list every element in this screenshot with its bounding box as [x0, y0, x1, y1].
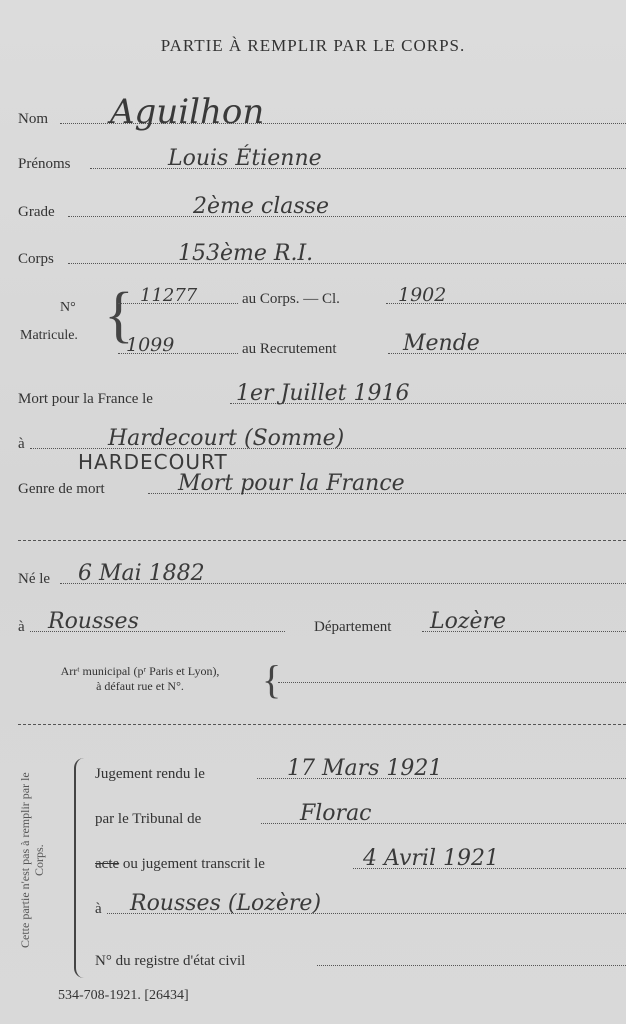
- arrondissement-label: Arrᵗ municipal (pʳ Paris et Lyon), à déf…: [20, 664, 260, 694]
- transcrit-label-struck: acte: [95, 856, 119, 872]
- separator-line-2: [18, 724, 626, 725]
- naissance-row: Né le 6 Mai 1882: [18, 560, 626, 590]
- corps-row: Corps 153ème R.I.: [18, 240, 626, 270]
- genre-mort-value: Mort pour la France: [178, 471, 405, 496]
- lieu-mort-value: Hardecourt (Somme): [108, 426, 344, 451]
- arrondissement-brace: {: [262, 660, 281, 700]
- lieu-transcription-row: à Rousses (Lozère): [95, 890, 626, 920]
- arrondissement-label-line1: Arrᵗ municipal (pʳ Paris et Lyon),: [20, 664, 260, 679]
- corps-value: 153ème R.I.: [178, 241, 313, 266]
- nom-value: Aguilhon: [110, 92, 264, 132]
- arrondissement-label-line2: à défaut rue et N°.: [20, 679, 260, 694]
- death-record-card: PARTIE À REMPLIR PAR LE CORPS. Nom Aguil…: [0, 0, 626, 1024]
- lieu-transcription-value: Rousses (Lozère): [130, 891, 321, 916]
- transcrit-value: 4 Avril 1921: [363, 846, 499, 871]
- grade-value: 2ème classe: [193, 194, 329, 219]
- registre-line: [317, 965, 626, 966]
- corps-label: Corps: [18, 251, 54, 268]
- tribunal-row: par le Tribunal de Florac: [95, 800, 626, 830]
- matricule-label: Matricule.: [20, 328, 78, 344]
- matricule-recrutement-row: 1099 au Recrutement Mende: [118, 330, 626, 360]
- matricule-recrutement-label: au Recrutement: [242, 341, 337, 358]
- lieu-mort-label: à: [18, 436, 25, 453]
- corps-line: [68, 263, 626, 264]
- jugement-value: 17 Mars 1921: [287, 756, 442, 781]
- nom-row: Nom Aguilhon: [18, 100, 626, 130]
- separator-line-1: [18, 540, 626, 541]
- classe-value: 1902: [398, 284, 446, 306]
- recrutement-value: Mende: [403, 331, 480, 356]
- mort-row: Mort pour la France le 1er Juillet 1916: [18, 380, 626, 410]
- registre-label: N° du registre d'état civil: [95, 953, 245, 970]
- lieu-naissance-label: à: [18, 619, 25, 636]
- naissance-value: 6 Mai 1882: [78, 561, 205, 586]
- registre-row: N° du registre d'état civil: [95, 942, 626, 972]
- grade-row: Grade 2ème classe: [18, 193, 626, 223]
- tribunal-label: par le Tribunal de: [95, 811, 201, 828]
- matricule-recrutement-number: 1099: [126, 334, 174, 356]
- grade-label: Grade: [18, 204, 55, 221]
- matricule-corps-number: 11277: [140, 285, 197, 306]
- genre-mort-row: Genre de mort Mort pour la France: [18, 470, 626, 500]
- prenoms-label: Prénoms: [18, 156, 71, 173]
- departement-label: Département: [314, 619, 391, 636]
- mort-value: 1er Juillet 1916: [236, 381, 409, 406]
- transcrit-label: ou jugement transcrit le: [123, 856, 265, 872]
- civil-brace: [74, 758, 84, 978]
- matricule-corps-label: au Corps. — Cl.: [242, 291, 340, 308]
- departement-value: Lozère: [430, 609, 506, 634]
- jugement-row: Jugement rendu le 17 Mars 1921: [95, 755, 626, 785]
- transcrit-label-wrap: acte ou jugement transcrit le: [95, 856, 265, 873]
- mort-label: Mort pour la France le: [18, 391, 153, 408]
- prenoms-value: Louis Étienne: [168, 146, 322, 171]
- naissance-label: Né le: [18, 571, 50, 588]
- grade-line: [68, 216, 626, 217]
- tribunal-value: Florac: [300, 801, 372, 826]
- prenoms-row: Prénoms Louis Étienne: [18, 145, 626, 175]
- arrondissement-line: [278, 682, 626, 683]
- lieu-naissance-row: à Rousses Département Lozère: [18, 608, 626, 638]
- form-title: PARTIE À REMPLIR PAR LE CORPS.: [0, 36, 626, 56]
- matricule-no-label: N°: [60, 300, 76, 316]
- matricule-corps-row: 11277 au Corps. — Cl. 1902: [118, 280, 626, 310]
- lieu-transcription-label: à: [95, 901, 102, 918]
- lieu-naissance-value: Rousses: [48, 609, 139, 634]
- print-code: 534-708-1921. [26434]: [58, 988, 189, 1004]
- nom-label: Nom: [18, 111, 48, 128]
- jugement-label: Jugement rendu le: [95, 766, 205, 783]
- transcrit-row: acte ou jugement transcrit le 4 Avril 19…: [95, 845, 626, 875]
- genre-mort-label: Genre de mort: [18, 481, 105, 498]
